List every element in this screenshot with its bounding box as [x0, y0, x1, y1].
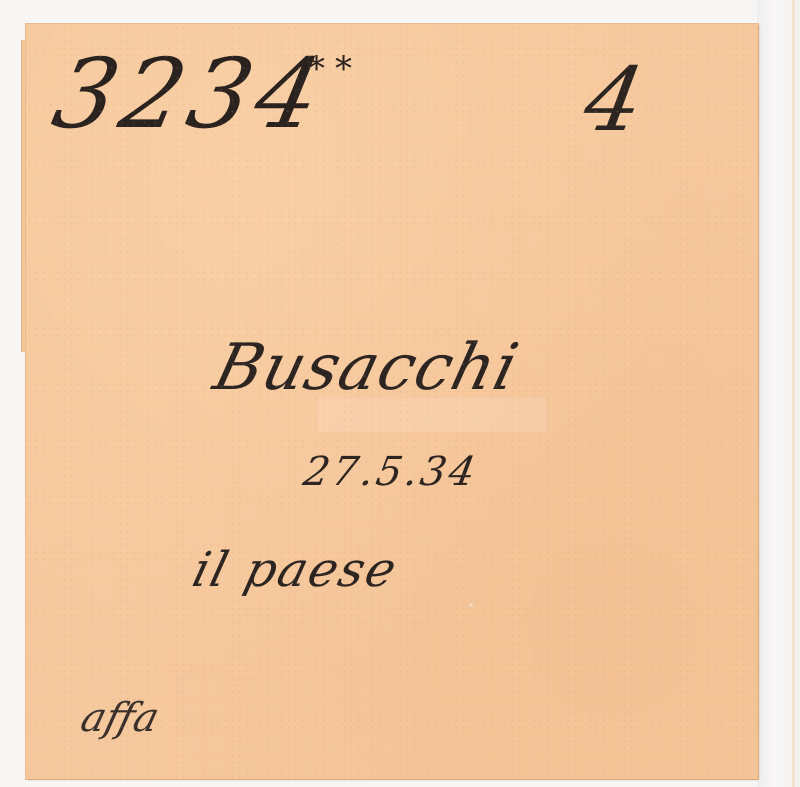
- page-number: 4: [578, 56, 650, 144]
- catalog-number: 3234: [46, 46, 335, 142]
- scan-background: 3234 ** 4 Busacchi 27.5.34 il paese affa: [0, 0, 800, 787]
- handwritten-place: il paese: [188, 546, 403, 594]
- paper-label: 3234 ** 4 Busacchi 27.5.34 il paese affa: [26, 24, 758, 779]
- right-backing-edge: [792, 0, 795, 787]
- catalog-star-marks-icon: **: [308, 52, 362, 86]
- handwritten-initials: affa: [77, 698, 163, 738]
- handwritten-date: 27.5.34: [300, 452, 481, 492]
- paper-speck: [468, 602, 474, 608]
- handwritten-name: Busacchi: [208, 336, 525, 400]
